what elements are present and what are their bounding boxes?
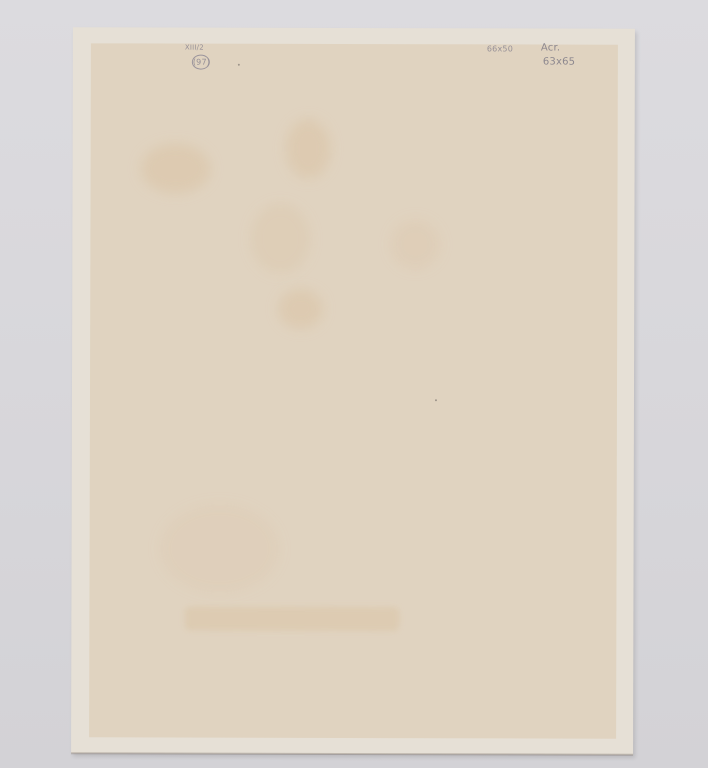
stain-lower [159,503,279,593]
pencil-note-size: 66x50 [487,44,513,53]
stain-upper-center [286,119,331,179]
speck [435,399,437,401]
stain-mid [278,289,323,329]
stain-upper-left [141,143,211,193]
pencil-note-number: XIII/2 [185,44,204,52]
pencil-note-circled: (97) [192,55,210,70]
printed-area-show-through [89,43,618,738]
pencil-note-size-2: 63x65 [543,56,575,67]
stain-band-bottom [184,607,399,632]
stain-center [250,204,310,274]
speck [238,64,240,66]
stain-right [390,219,440,269]
pencil-note-abbrev: Acr. [541,42,560,53]
paper-sheet: XIII/2 (97) 66x50 Acr. 63x65 [71,27,635,754]
